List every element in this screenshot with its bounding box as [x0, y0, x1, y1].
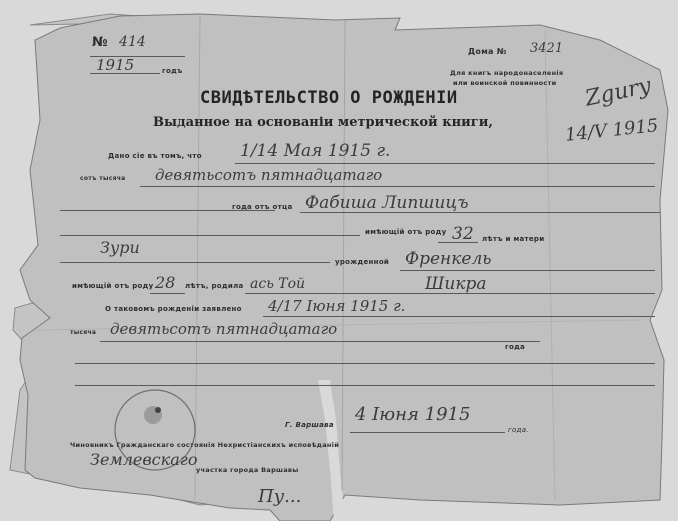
- years-mother-label: лѣтъ и матери: [482, 236, 544, 243]
- signature: Пу...: [258, 488, 301, 506]
- mother-age: 28: [155, 275, 175, 291]
- certificate-number: № 414: [92, 33, 146, 49]
- registry-note-line2: или воинской повинности: [453, 80, 556, 87]
- mother-age-label: имѣющій отъ роду: [72, 283, 153, 290]
- issue-date: 4 Іюня 1915: [355, 406, 470, 424]
- thousand-label: сотъ тысяча: [80, 176, 126, 182]
- mother-maiden-name: Френкель: [405, 251, 492, 268]
- certificate-year: 1915: [96, 58, 134, 73]
- year2-label: года: [505, 344, 525, 351]
- city-label: Г. Варшава: [285, 422, 334, 429]
- house-number-value: 3421: [530, 42, 563, 55]
- year-suffix: года.: [508, 427, 529, 434]
- child-sex: ась Той: [250, 277, 305, 291]
- father-age-label: имѣющій отъ роду: [365, 229, 446, 236]
- given-date: 1/14 Мая 1915 г.: [240, 143, 390, 160]
- official-district-handwritten: Землевскаго: [90, 452, 197, 468]
- official-title-line1: Чиновникъ Гражданскаго состоянія Нехрист…: [70, 442, 339, 449]
- declared-label: О таковомъ рожденіи заявлено: [105, 306, 242, 313]
- declared-date: 4/17 Іюня 1915 г.: [268, 299, 405, 314]
- thousand2-label: тысяча: [70, 330, 96, 336]
- born-child-label: лѣтъ, родила: [185, 283, 244, 290]
- birth-year-words: девятьсотъ пятнадцатаго: [155, 168, 382, 183]
- father-name: Фабиша Липшицъ: [305, 195, 469, 212]
- father-age: 32: [452, 226, 474, 243]
- declared-year-words: девятьсотъ пятнадцатаго: [110, 322, 337, 337]
- house-number-label: Дома №: [468, 48, 507, 56]
- year-label: годъ: [162, 68, 183, 75]
- official-title-line2: участка города Варшавы: [196, 467, 299, 474]
- child-name: Шикра: [425, 276, 487, 293]
- registry-note-line1: Для книгъ народонаселенія: [450, 70, 563, 77]
- document-title: СВИДѢТЕЛЬСТВО О РОЖДЕНІИ: [200, 90, 458, 107]
- year-father-label: года отъ отца: [232, 204, 293, 211]
- given-label: Дано сіе въ томъ, что: [108, 153, 202, 160]
- mother-surname: Зури: [100, 240, 140, 256]
- born-label: урожденной: [335, 259, 389, 266]
- document-subtitle: Выданное на основаніи метрической книги,: [153, 116, 493, 129]
